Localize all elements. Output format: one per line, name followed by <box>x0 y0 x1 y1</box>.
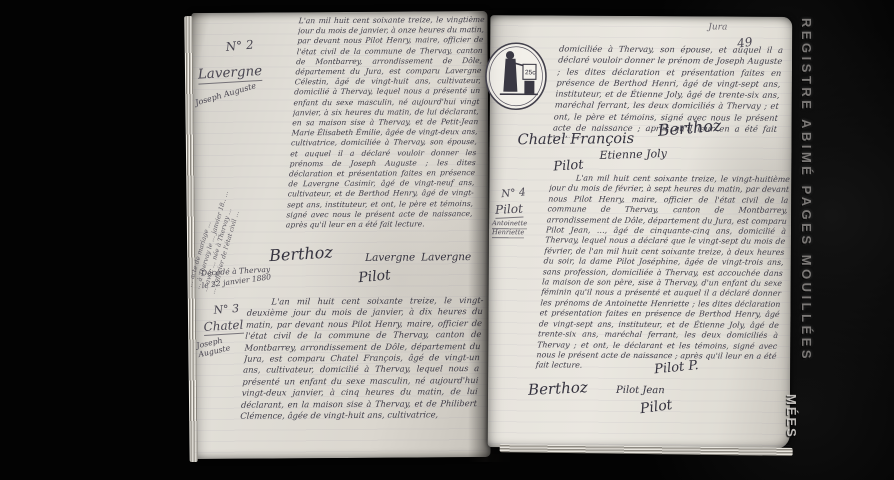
act4-body-text: L'an mil huit cent soixante treize, le v… <box>535 173 790 372</box>
act3-body-text: L'an mil huit cent soixante treize, le v… <box>240 295 484 422</box>
signature-lavergne-witness: Lavergne <box>421 251 471 263</box>
act4-margin-name: Pilot <box>495 202 524 219</box>
signature-lavergne-father: Lavergne <box>365 251 415 263</box>
act2-margin-number: N° 2 <box>225 37 254 54</box>
signature-pilot-jean: Pilot Jean <box>616 385 665 396</box>
scan-viewport: … acte de mariage … … à Thervay le … jan… <box>0 0 894 480</box>
signature-berthoz: Berthoz <box>269 242 334 265</box>
act4-margin-firstname2: Henriette <box>492 228 524 238</box>
signature-berthoz: Berthoz <box>528 378 588 399</box>
act3-margin-number: N° 3 <box>213 302 240 317</box>
corner-folio-word: Jura <box>708 22 727 32</box>
damage-stamp-watermark: REGISTRE ABIMÉ PAGES MOUILLÉES <box>799 18 833 464</box>
stamp-value-text: 25c <box>525 69 536 76</box>
right-page: Jura 49 25c domiciliée à Thervay, son ép… <box>488 15 793 449</box>
fiscal-stamp-seal: 25c <box>482 39 550 113</box>
signature-pilot-mayor: Pilot <box>553 158 584 175</box>
act4-margin-number: N° 4 <box>501 186 526 200</box>
left-page: … acte de mariage … … à Thervay le … jan… <box>191 11 490 459</box>
signature-pilot-mayor: Pilot <box>358 267 392 286</box>
act2-body-text: L'an mil huit cent soixante treize, le v… <box>285 15 484 231</box>
signature-chatel-francois: Chatel François <box>517 131 634 148</box>
death-mention-note: Décédé à Thervay le 22 janvier 1880 <box>201 265 272 289</box>
damage-stamp-fragment: MÉES <box>784 394 799 439</box>
damage-stamp-text: REGISTRE ABIMÉ PAGES MOUILLÉES <box>799 18 814 362</box>
signature-etienne-joly: Etienne Joly <box>599 147 667 162</box>
